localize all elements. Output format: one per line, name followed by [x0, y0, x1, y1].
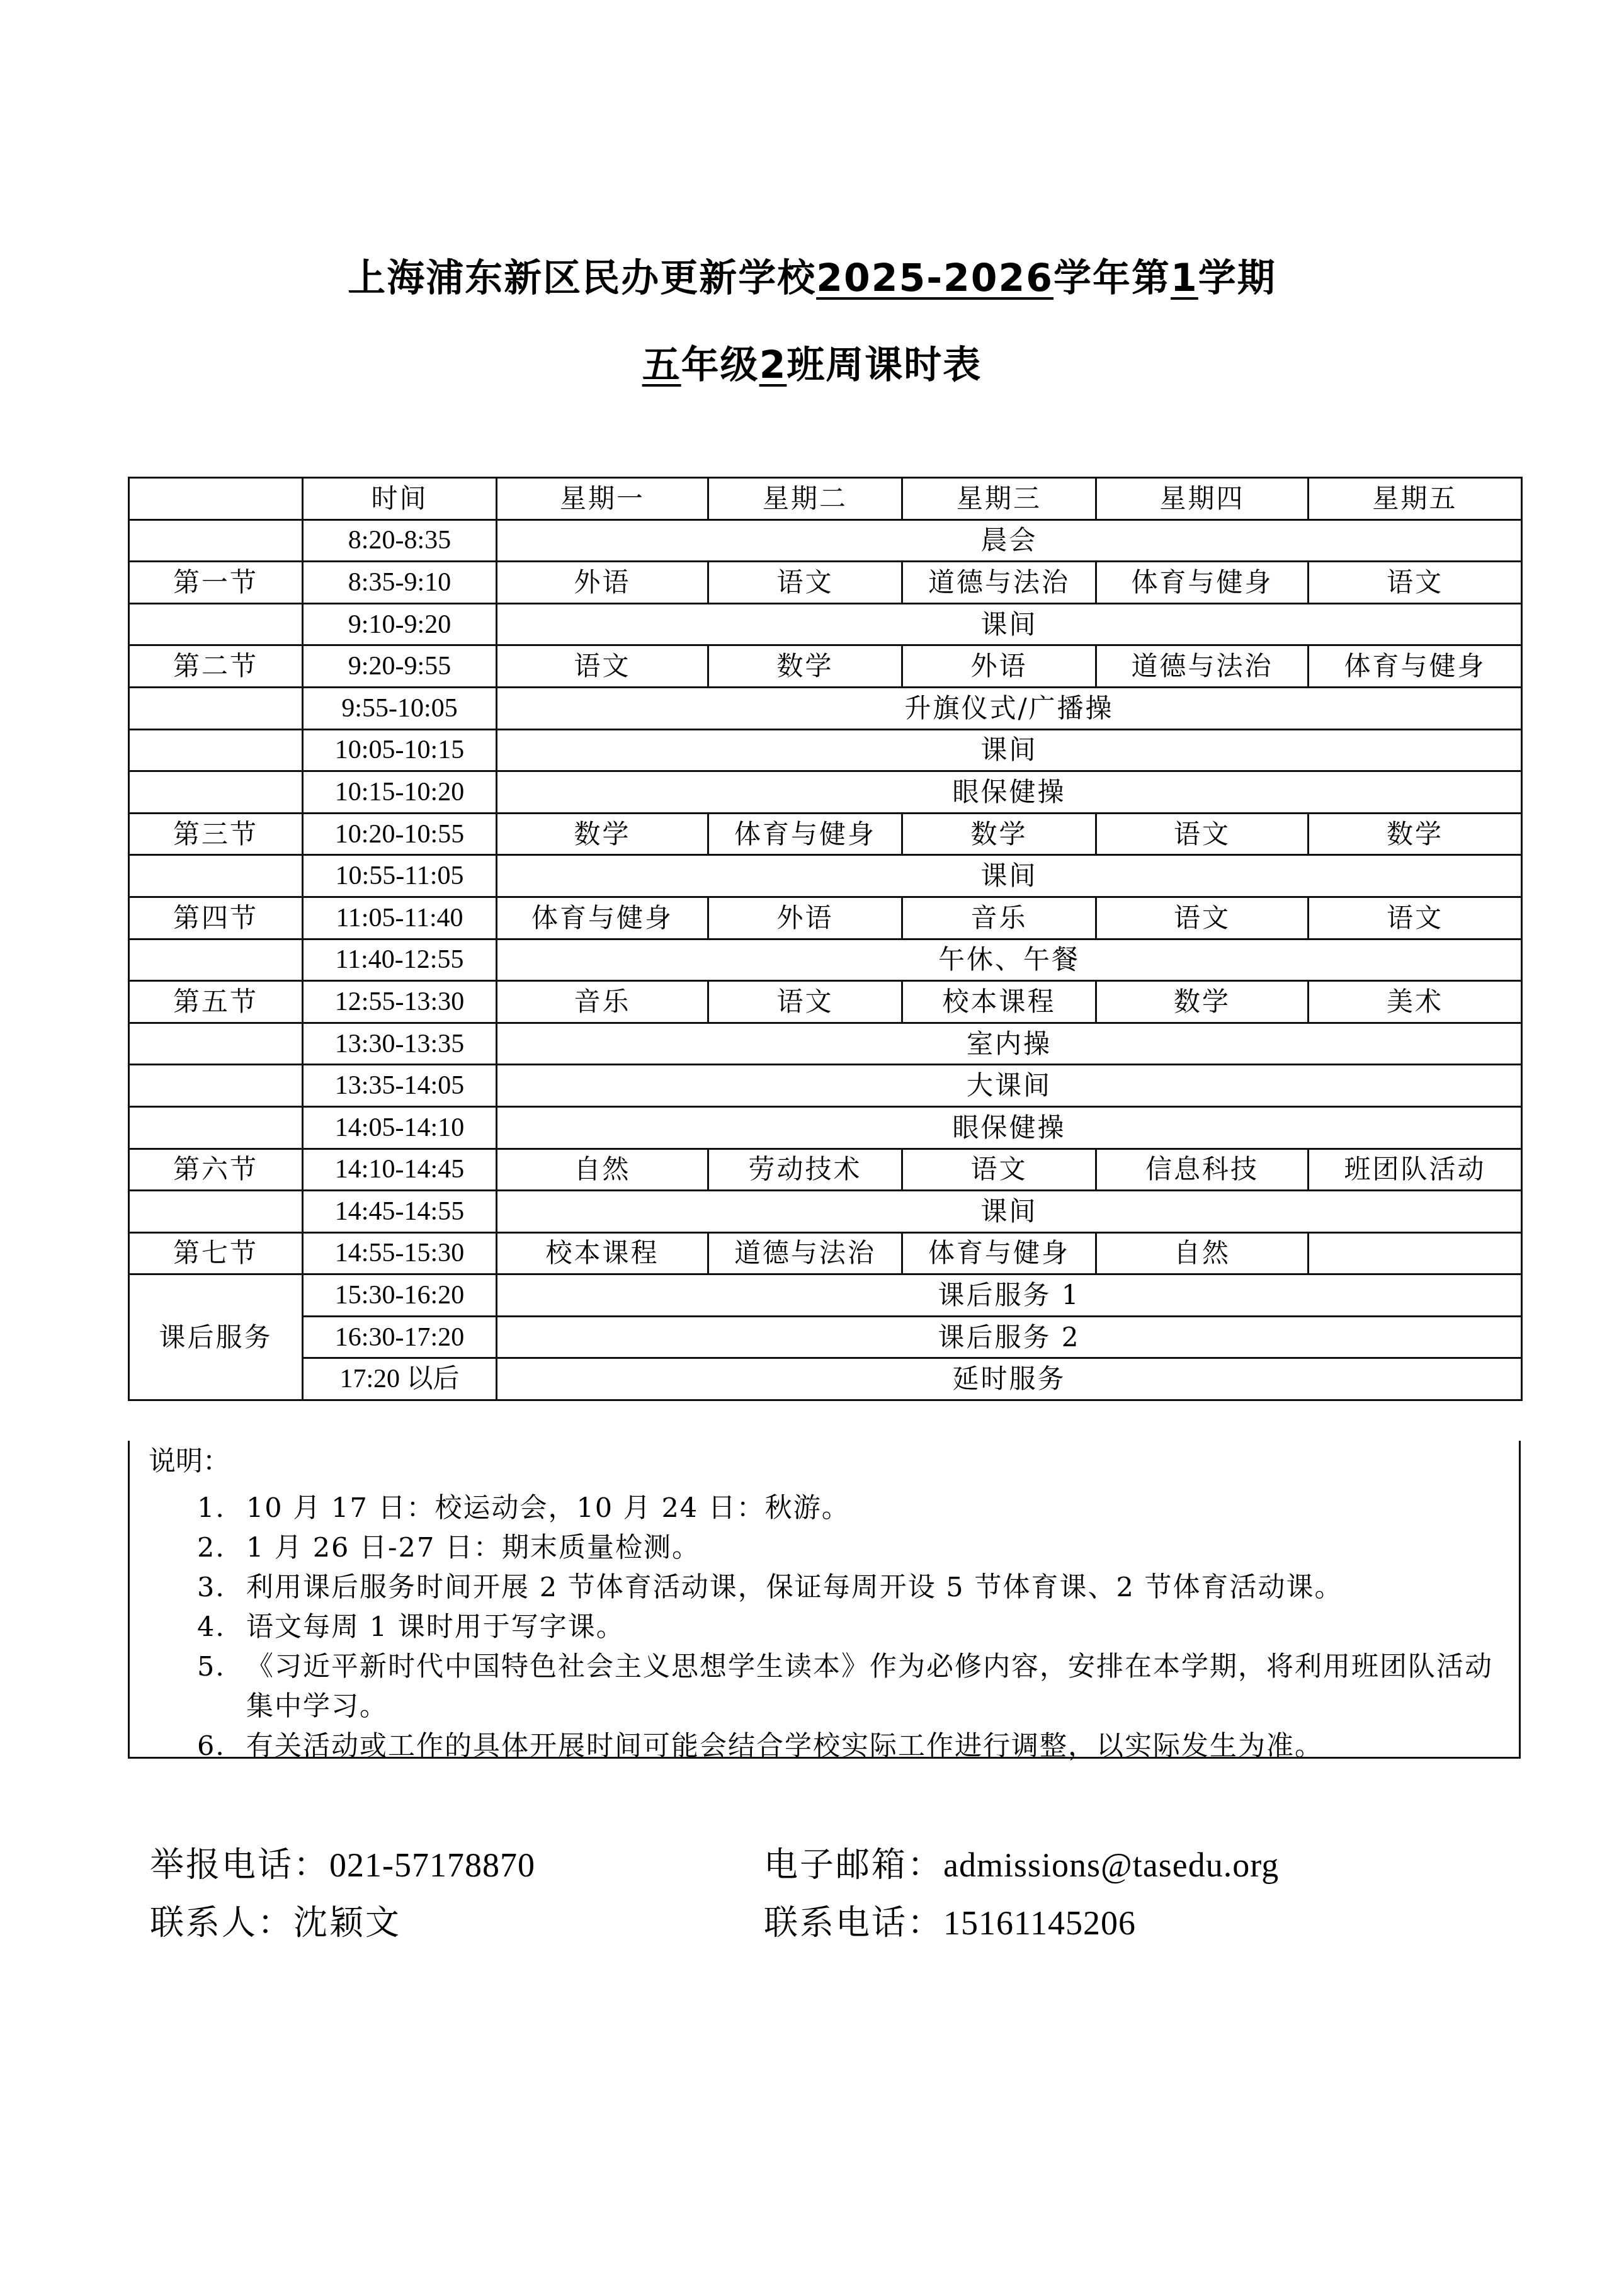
time-slot: 9:55-10:05 — [303, 687, 497, 729]
subject-cell: 语文 — [708, 562, 902, 604]
period-label — [129, 1106, 303, 1149]
subject-cell: 体育与健身 — [497, 897, 708, 939]
activity-span-cell: 课间 — [497, 603, 1522, 645]
time-slot: 9:10-9:20 — [303, 603, 497, 645]
column-header — [129, 478, 303, 520]
time-slot: 11:05-11:40 — [303, 897, 497, 939]
note-number: 1. — [197, 1489, 225, 1528]
subject-cell: 外语 — [708, 897, 902, 939]
column-header: 星期二 — [708, 478, 902, 520]
table-row: 10:55-11:05课间 — [129, 855, 1522, 897]
table-row: 第一节8:35-9:10外语语文道德与法治体育与健身语文 — [129, 562, 1522, 604]
note-text: 《习近平新时代中国特色社会主义思想学生读本》作为必修内容，安排在本学期，将利用班… — [246, 1651, 1493, 1722]
contact-phone: 联系电话：15161145206 — [764, 1906, 1136, 1940]
table-row: 第二节9:20-9:55语文数学外语道德与法治体育与健身 — [129, 645, 1522, 688]
period-label — [129, 771, 303, 814]
activity-span-cell: 课后服务 2 — [497, 1316, 1522, 1358]
table-row: 14:05-14:10眼保健操 — [129, 1106, 1522, 1149]
activity-span-cell: 晨会 — [497, 519, 1522, 562]
subject-cell: 劳动技术 — [708, 1149, 902, 1191]
time-slot: 14:45-14:55 — [303, 1191, 497, 1233]
period-label: 第二节 — [129, 645, 303, 688]
subject-cell: 道德与法治 — [902, 562, 1096, 604]
subject-cell: 外语 — [902, 645, 1096, 688]
subject-cell: 语文 — [1309, 897, 1522, 939]
contact-phone-label: 联系电话： — [764, 1903, 943, 1943]
subject-cell: 语文 — [708, 981, 902, 1023]
subject-cell: 外语 — [497, 562, 708, 604]
period-label: 第一节 — [129, 562, 303, 604]
period-label — [129, 1065, 303, 1107]
period-label — [129, 855, 303, 897]
note-number: 6. — [197, 1727, 225, 1766]
activity-span-cell: 课后服务 1 — [497, 1274, 1522, 1317]
note-number: 4. — [197, 1608, 225, 1647]
note-number: 3. — [197, 1568, 225, 1608]
table-row: 16:30-17:20课后服务 2 — [129, 1316, 1522, 1358]
notes-list: 1.10 月 17 日：校运动会，10 月 24 日：秋游。2.1 月 26 日… — [197, 1489, 1507, 1766]
note-text: 1 月 26 日-27 日：期末质量检测。 — [246, 1532, 700, 1563]
subject-cell: 道德与法治 — [1096, 645, 1309, 688]
activity-span-cell: 大课间 — [497, 1065, 1522, 1107]
report-phone-label: 举报电话： — [150, 1845, 329, 1885]
note-item: 1.10 月 17 日：校运动会，10 月 24 日：秋游。 — [197, 1489, 1507, 1528]
subject-cell: 语文 — [1309, 562, 1522, 604]
activity-span-cell: 课间 — [497, 855, 1522, 897]
report-phone: 举报电话：021-57178870 — [150, 1848, 535, 1882]
time-slot: 10:05-10:15 — [303, 729, 497, 771]
subject-cell: 信息科技 — [1096, 1149, 1309, 1191]
subject-cell: 音乐 — [497, 981, 708, 1023]
class-number: 2 — [759, 343, 787, 387]
note-item: 3.利用课后服务时间开展 2 节体育活动课，保证每周开设 5 节体育课、2 节体… — [197, 1568, 1507, 1608]
period-label — [129, 687, 303, 729]
activity-span-cell: 课间 — [497, 1191, 1522, 1233]
subject-cell: 校本课程 — [497, 1232, 708, 1274]
subject-cell: 校本课程 — [902, 981, 1096, 1023]
subject-cell: 道德与法治 — [708, 1232, 902, 1274]
contact-person-value: 沈颖文 — [293, 1903, 401, 1943]
contact-person-label: 联系人： — [150, 1903, 293, 1943]
period-label — [129, 1023, 303, 1065]
table-row: 第七节14:55-15:30校本课程道德与法治体育与健身自然 — [129, 1232, 1522, 1274]
subject-cell: 语文 — [1096, 813, 1309, 855]
subject-cell: 体育与健身 — [1309, 645, 1522, 688]
time-slot: 10:20-10:55 — [303, 813, 497, 855]
activity-span-cell: 午休、午餐 — [497, 939, 1522, 981]
period-label: 第三节 — [129, 813, 303, 855]
subject-cell: 数学 — [708, 645, 902, 688]
subject-cell: 体育与健身 — [902, 1232, 1096, 1274]
note-text: 利用课后服务时间开展 2 节体育活动课，保证每周开设 5 节体育课、2 节体育活… — [246, 1572, 1343, 1603]
subject-cell: 数学 — [1309, 813, 1522, 855]
school-year: 2025-2026 — [816, 256, 1053, 300]
time-slot: 14:05-14:10 — [303, 1106, 497, 1149]
subject-cell: 音乐 — [902, 897, 1096, 939]
table-row: 8:20-8:35晨会 — [129, 519, 1522, 562]
note-item: 4.语文每周 1 课时用于写字课。 — [197, 1608, 1507, 1647]
school-name: 上海浦东新区民办更新学校 — [348, 256, 816, 300]
subject-cell: 体育与健身 — [1096, 562, 1309, 604]
weekly-schedule-table: 时间星期一星期二星期三星期四星期五8:20-8:35晨会第一节8:35-9:10… — [128, 477, 1523, 1401]
notes-heading: 说明： — [149, 1448, 230, 1475]
subject-cell: 语文 — [497, 645, 708, 688]
subject-cell — [1309, 1232, 1522, 1274]
time-slot: 17:20 以后 — [303, 1358, 497, 1400]
table-row: 第三节10:20-10:55数学体育与健身数学语文数学 — [129, 813, 1522, 855]
title-text: 学期 — [1198, 256, 1276, 300]
time-slot: 9:20-9:55 — [303, 645, 497, 688]
note-text: 有关活动或工作的具体开展时间可能会结合学校实际工作进行调整，以实际发生为准。 — [246, 1730, 1323, 1762]
term-number: 1 — [1171, 256, 1198, 300]
title-text: 学年第 — [1053, 256, 1171, 300]
document-title-line1: 上海浦东新区民办更新学校2025-2026学年第1学期 — [0, 259, 1624, 297]
time-slot: 16:30-17:20 — [303, 1316, 497, 1358]
contact-person: 联系人：沈颖文 — [150, 1906, 401, 1940]
time-slot: 10:55-11:05 — [303, 855, 497, 897]
activity-span-cell: 延时服务 — [497, 1358, 1522, 1400]
report-phone-value: 021-57178870 — [329, 1846, 535, 1884]
table-row: 17:20 以后延时服务 — [129, 1358, 1522, 1400]
document-title-line2: 五年级2班周课时表 — [0, 346, 1624, 384]
column-header: 星期三 — [902, 478, 1096, 520]
table-row: 第五节12:55-13:30音乐语文校本课程数学美术 — [129, 981, 1522, 1023]
period-label: 第七节 — [129, 1232, 303, 1274]
time-slot: 13:35-14:05 — [303, 1065, 497, 1107]
time-slot: 11:40-12:55 — [303, 939, 497, 981]
note-text: 语文每周 1 课时用于写字课。 — [246, 1611, 625, 1643]
table-row: 14:45-14:55课间 — [129, 1191, 1522, 1233]
note-number: 5. — [197, 1647, 225, 1687]
time-slot: 12:55-13:30 — [303, 981, 497, 1023]
table-row: 课后服务15:30-16:20课后服务 1 — [129, 1274, 1522, 1317]
notes-section: 说明： 1.10 月 17 日：校运动会，10 月 24 日：秋游。2.1 月 … — [128, 1441, 1521, 1759]
time-slot: 10:15-10:20 — [303, 771, 497, 814]
note-item: 6.有关活动或工作的具体开展时间可能会结合学校实际工作进行调整，以实际发生为准。 — [197, 1727, 1507, 1766]
subject-cell: 自然 — [1096, 1232, 1309, 1274]
table-row: 13:35-14:05大课间 — [129, 1065, 1522, 1107]
column-header: 星期一 — [497, 478, 708, 520]
note-text: 10 月 17 日：校运动会，10 月 24 日：秋游。 — [246, 1492, 850, 1524]
time-slot: 13:30-13:35 — [303, 1023, 497, 1065]
table-row: 9:55-10:05升旗仪式/广播操 — [129, 687, 1522, 729]
period-label: 课后服务 — [129, 1274, 303, 1400]
subject-cell: 数学 — [1096, 981, 1309, 1023]
email-value[interactable]: admissions@tasedu.org — [943, 1846, 1279, 1884]
activity-span-cell: 升旗仪式/广播操 — [497, 687, 1522, 729]
subject-cell: 体育与健身 — [708, 813, 902, 855]
table-row: 第四节11:05-11:40体育与健身外语音乐语文语文 — [129, 897, 1522, 939]
period-label: 第六节 — [129, 1149, 303, 1191]
activity-span-cell: 课间 — [497, 729, 1522, 771]
note-item: 2.1 月 26 日-27 日：期末质量检测。 — [197, 1528, 1507, 1568]
column-header: 时间 — [303, 478, 497, 520]
time-slot: 8:35-9:10 — [303, 562, 497, 604]
table-row: 第六节14:10-14:45自然劳动技术语文信息科技班团队活动 — [129, 1149, 1522, 1191]
period-label — [129, 603, 303, 645]
time-slot: 14:10-14:45 — [303, 1149, 497, 1191]
contact-phone-value: 15161145206 — [943, 1904, 1136, 1942]
subject-cell: 自然 — [497, 1149, 708, 1191]
subject-cell: 数学 — [902, 813, 1096, 855]
title-text: 班周课时表 — [786, 343, 982, 387]
subject-cell: 美术 — [1309, 981, 1522, 1023]
period-label — [129, 729, 303, 771]
period-label — [129, 519, 303, 562]
period-label: 第五节 — [129, 981, 303, 1023]
time-slot: 15:30-16:20 — [303, 1274, 497, 1317]
subject-cell: 班团队活动 — [1309, 1149, 1522, 1191]
time-slot: 14:55-15:30 — [303, 1232, 497, 1274]
time-slot: 8:20-8:35 — [303, 519, 497, 562]
period-label — [129, 1191, 303, 1233]
email: 电子邮箱：admissions@tasedu.org — [764, 1848, 1279, 1882]
subject-cell: 语文 — [902, 1149, 1096, 1191]
note-number: 2. — [197, 1528, 225, 1568]
table-row: 13:30-13:35室内操 — [129, 1023, 1522, 1065]
column-header: 星期四 — [1096, 478, 1309, 520]
subject-cell: 数学 — [497, 813, 708, 855]
table-row: 10:05-10:15课间 — [129, 729, 1522, 771]
grade: 五 — [642, 343, 681, 387]
table-header-row: 时间星期一星期二星期三星期四星期五 — [129, 478, 1522, 520]
activity-span-cell: 眼保健操 — [497, 771, 1522, 814]
period-label — [129, 939, 303, 981]
activity-span-cell: 眼保健操 — [497, 1106, 1522, 1149]
subject-cell: 语文 — [1096, 897, 1309, 939]
title-text: 年级 — [681, 343, 759, 387]
table-row: 11:40-12:55午休、午餐 — [129, 939, 1522, 981]
email-label: 电子邮箱： — [764, 1845, 943, 1885]
note-item: 5.《习近平新时代中国特色社会主义思想学生读本》作为必修内容，安排在本学期，将利… — [197, 1647, 1507, 1727]
column-header: 星期五 — [1309, 478, 1522, 520]
activity-span-cell: 室内操 — [497, 1023, 1522, 1065]
table-row: 10:15-10:20眼保健操 — [129, 771, 1522, 814]
table-row: 9:10-9:20课间 — [129, 603, 1522, 645]
period-label: 第四节 — [129, 897, 303, 939]
